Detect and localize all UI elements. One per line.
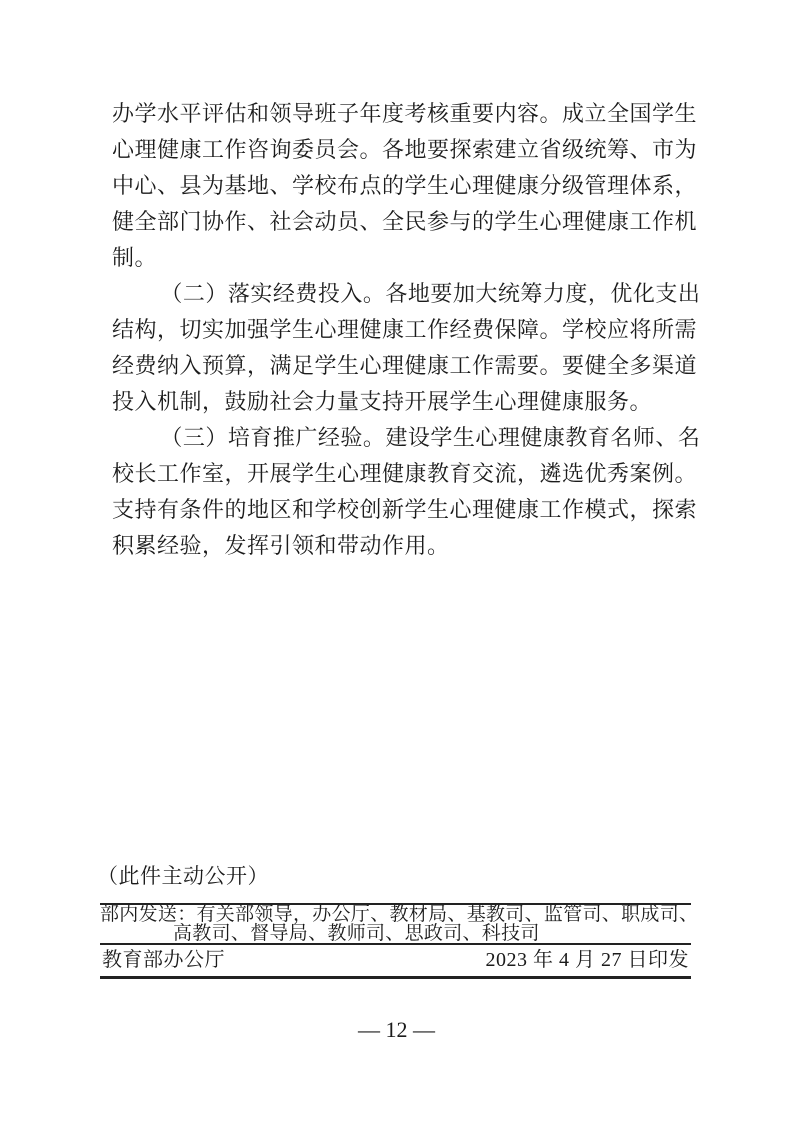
issuing-office: 教育部办公厅 xyxy=(102,945,225,976)
divider-bottom xyxy=(100,976,691,979)
page-number: — 12 — xyxy=(0,1016,793,1044)
text-line: 办学水平评估和领导班子年度考核重要内容。成立全国学生 xyxy=(112,96,690,132)
text-line: 投入机制，鼓励社会力量支持开展学生心理健康服务。 xyxy=(112,384,690,420)
text-line: 心理健康工作咨询委员会。各地要探索建立省级统筹、市为 xyxy=(112,132,690,168)
text-line: 制。 xyxy=(112,240,690,276)
distribution-line-1: 部内发送：有关部领导，办公厅、教材局、基教司、监管司、职成司、 xyxy=(100,905,691,924)
text-line: 中心、县为基地、学校布点的学生心理健康分级管理体系， xyxy=(112,168,690,204)
distribution-line-2: 高教司、督导局、教师司、思政司、科技司 xyxy=(100,924,691,943)
text-line: 校长工作室，开展学生心理健康教育交流，遴选优秀案例。 xyxy=(112,456,690,492)
issue-row: 教育部办公厅 2023 年 4 月 27 日印发 xyxy=(100,945,691,976)
text-line: 健全部门协作、社会动员、全民参与的学生心理健康工作机 xyxy=(112,204,690,240)
text-line: 结构，切实加强学生心理健康工作经费保障。学校应将所需 xyxy=(112,312,690,348)
body-text: 办学水平评估和领导班子年度考核重要内容。成立全国学生 心理健康工作咨询委员会。各… xyxy=(112,96,690,564)
distribution-list: 部内发送：有关部领导，办公厅、教材局、基教司、监管司、职成司、 高教司、督导局、… xyxy=(100,905,691,943)
distribution-block: 部内发送：有关部领导，办公厅、教材局、基教司、监管司、职成司、 高教司、督导局、… xyxy=(100,903,691,979)
text-line: （二）落实经费投入。各地要加大统筹力度，优化支出 xyxy=(112,276,690,312)
paragraph-3: （三）培育推广经验。建设学生心理健康教育名师、名 校长工作室，开展学生心理健康教… xyxy=(112,420,690,564)
text-line: 支持有条件的地区和学校创新学生心理健康工作模式，探索 xyxy=(112,492,690,528)
text-line: 经费纳入预算，满足学生心理健康工作需要。要健全多渠道 xyxy=(112,348,690,384)
text-line: 积累经验，发挥引领和带动作用。 xyxy=(112,528,690,564)
text-line: （三）培育推广经验。建设学生心理健康教育名师、名 xyxy=(112,420,690,456)
print-date: 2023 年 4 月 27 日印发 xyxy=(486,945,690,976)
paragraph-1: 办学水平评估和领导班子年度考核重要内容。成立全国学生 心理健康工作咨询委员会。各… xyxy=(112,96,690,276)
document-page: 办学水平评估和领导班子年度考核重要内容。成立全国学生 心理健康工作咨询委员会。各… xyxy=(0,0,793,1122)
disclosure-note: （此件主动公开） xyxy=(97,862,269,890)
paragraph-2: （二）落实经费投入。各地要加大统筹力度，优化支出 结构，切实加强学生心理健康工作… xyxy=(112,276,690,420)
